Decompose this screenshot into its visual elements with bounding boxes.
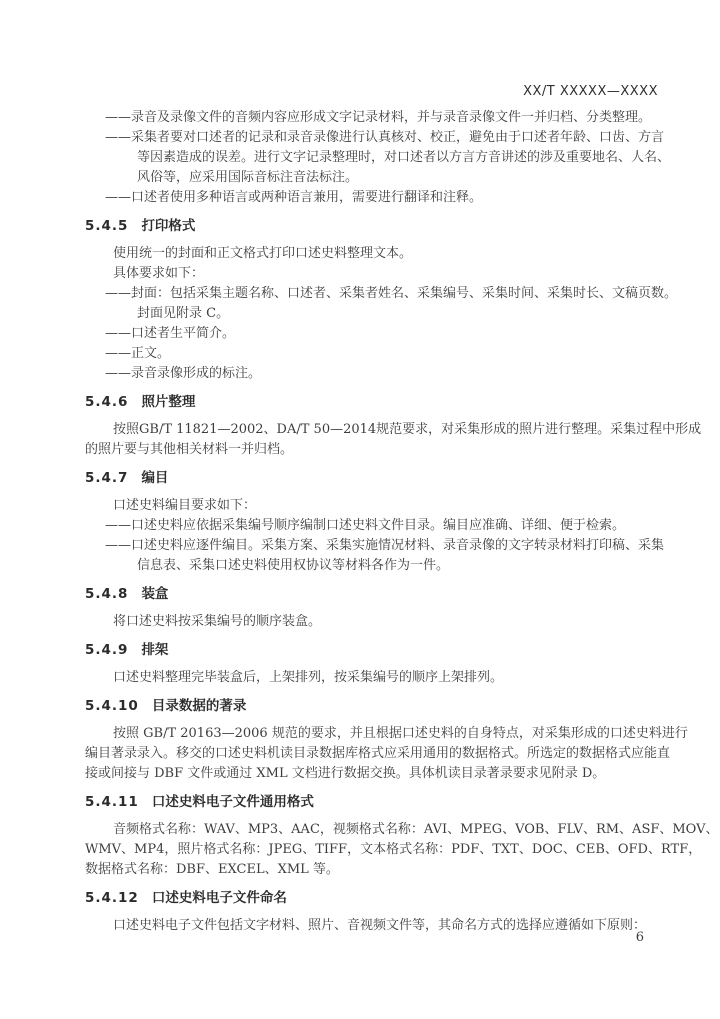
section-5-4-11: 5.4.11口述史料电子文件通用格式 音频格式名称：WAV、MP3、AAC，视频… [85,792,663,880]
heading-5-4-8: 5.4.8装盒 [85,584,663,605]
section-5-4-12: 5.4.12口述史料电子文件命名 口述史料电子文件包括文字材料、照片、音视频文件… [85,888,663,936]
heading-title: 照片整理 [141,394,195,410]
heading-number: 5.4.5 [85,218,128,234]
text-line: 口述史料电子文件包括文字材料、照片、音视频文件等，其命名方式的选择应遵循如下原则… [85,916,663,936]
text-line: 口述史料编目要求如下： [85,496,663,516]
section-5-4-8: 5.4.8装盒 将口述史料按采集编号的顺序装盒。 [85,584,663,632]
heading-title: 编目 [141,470,168,486]
text-line: 封面见附录 C。 [85,304,663,324]
document-page: XX/T XXXXX—XXXX ——录音及录像文件的音频内容应形成文字记录材料，… [0,0,720,1019]
text-line: ——录音及录像文件的音频内容应形成文字记录材料，并与录音录像文件一并归档、分类整… [85,108,663,128]
heading-5-4-10: 5.4.10目录数据的著录 [85,696,663,717]
header-doc-code: XX/T XXXXX—XXXX [523,84,658,99]
text-line: ——录音录像形成的标注。 [85,364,663,384]
heading-title: 装盒 [141,586,168,602]
text-line: ——正文。 [85,344,663,364]
text-line: 信息表、采集口述史料使用权协议等材料各作为一件。 [85,556,663,576]
heading-number: 5.4.9 [85,642,128,658]
heading-number: 5.4.7 [85,470,128,486]
heading-number: 5.4.11 [85,794,139,810]
text-line: 按照GB/T 11821—2002、DA/T 50—2014规范要求，对采集形成… [85,420,663,440]
heading-5-4-6: 5.4.6照片整理 [85,392,663,413]
carryover-list: ——录音及录像文件的音频内容应形成文字记录材料，并与录音录像文件一并归档、分类整… [85,108,663,208]
heading-5-4-9: 5.4.9排架 [85,640,663,661]
heading-5-4-11: 5.4.11口述史料电子文件通用格式 [85,792,663,813]
heading-number: 5.4.8 [85,586,128,602]
text-line: 接或间接与 DBF 文件或通过 XML 文档进行数据交换。具体机读目录著录要求见… [85,764,663,784]
text-line: ——口述者使用多种语言或两种语言兼用，需要进行翻译和注释。 [85,188,663,208]
heading-number: 5.4.10 [85,698,139,714]
text-line: ——封面：包括采集主题名称、口述者、采集者姓名、采集编号、采集时间、采集时长、文… [85,284,663,304]
text-line: 的照片要与其他相关材料一并归档。 [85,440,663,460]
section-5-4-5: 5.4.5打印格式 使用统一的封面和正文格式打印口述史料整理文本。 具体要求如下… [85,216,663,384]
heading-5-4-5: 5.4.5打印格式 [85,216,663,237]
text-line: ——口述史料应依据采集编号顺序编制口述史料文件目录。编目应准确、详细、便于检索。 [85,516,663,536]
heading-title: 目录数据的著录 [152,698,247,714]
text-line: 编目著录录入。移交的口述史料机读目录数据库格式应采用通用的数据格式。所选定的数据… [85,744,663,764]
heading-5-4-7: 5.4.7编目 [85,468,663,489]
heading-title: 口述史料电子文件通用格式 [152,794,314,810]
heading-title: 排架 [141,642,168,658]
text-line: 音频格式名称：WAV、MP3、AAC，视频格式名称：AVI、MPEG、VOB、F… [85,820,663,840]
text-line: 使用统一的封面和正文格式打印口述史料整理文本。 [85,244,663,264]
heading-number: 5.4.12 [85,890,139,906]
text-line: 将口述史料按采集编号的顺序装盒。 [85,612,663,632]
text-line: 风俗等，应采用国际音标注音法标注。 [85,168,663,188]
heading-title: 打印格式 [141,218,195,234]
section-5-4-10: 5.4.10目录数据的著录 按照 GB/T 20163—2006 规范的要求，并… [85,696,663,784]
text-line: 口述史料整理完毕装盒后，上架排列，按采集编号的顺序上架排列。 [85,668,663,688]
heading-title: 口述史料电子文件命名 [152,890,287,906]
text-line: 具体要求如下： [85,264,663,284]
text-line: WMV、MP4，照片格式名称：JPEG、TIFF，文本格式名称：PDF、TXT、… [85,840,663,860]
text-line: 数据格式名称：DBF、EXCEL、XML 等。 [85,860,663,880]
heading-number: 5.4.6 [85,394,128,410]
heading-5-4-12: 5.4.12口述史料电子文件命名 [85,888,663,909]
section-5-4-6: 5.4.6照片整理 按照GB/T 11821—2002、DA/T 50—2014… [85,392,663,460]
text-line: 等因素造成的误差。进行文字记录整理时，对口述者以方言方音讲述的涉及重要地名、人名… [85,148,663,168]
section-5-4-7: 5.4.7编目 口述史料编目要求如下： ——口述史料应依据采集编号顺序编制口述史… [85,468,663,576]
page-number: 6 [636,930,644,945]
text-line: ——采集者要对口述者的记录和录音录像进行认真核对、校正，避免由于口述者年龄、口齿… [85,128,663,148]
section-5-4-9: 5.4.9排架 口述史料整理完毕装盒后，上架排列，按采集编号的顺序上架排列。 [85,640,663,688]
text-line: ——口述者生平简介。 [85,324,663,344]
page-body: ——录音及录像文件的音频内容应形成文字记录材料，并与录音录像文件一并归档、分类整… [85,108,663,936]
text-line: ——口述史料应逐件编目。采集方案、采集实施情况材料、录音录像的文字转录材料打印稿… [85,536,663,556]
text-line: 按照 GB/T 20163—2006 规范的要求，并且根据口述史料的自身特点，对… [85,724,663,744]
